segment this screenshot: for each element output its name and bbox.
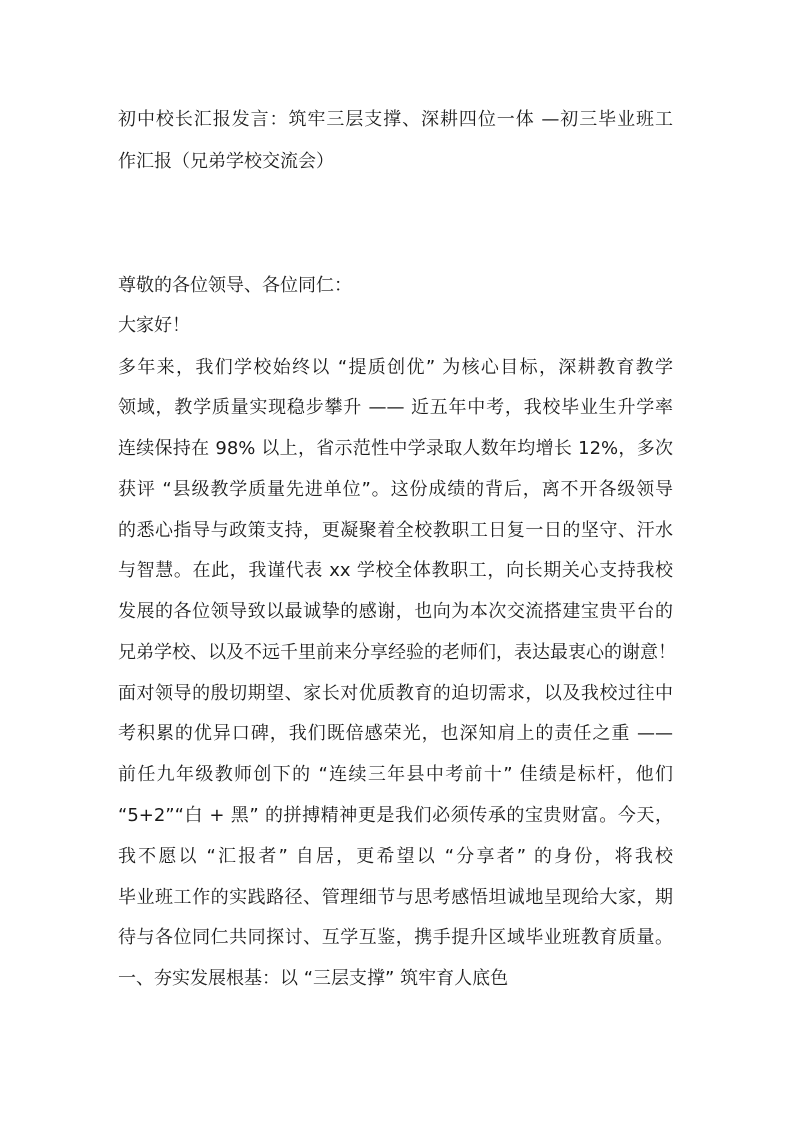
body-line: 领域，教学质量实现稳步攀升 —— 近五年中考，我校毕业生升学率 — [118, 396, 673, 420]
body-line: 毕业班工作的实践路径、管理细节与思考感悟坦诚地呈现给大家，期 — [118, 886, 673, 910]
body-line: 多年来，我们学校始终以 “提质创优” 为核心目标，深耕教育教学 — [118, 356, 673, 380]
body-line: 与智慧。在此，我谨代表 xx 学校全体教职工，向长期关心支持我校 — [118, 559, 673, 583]
body-line: 前任九年级教师创下的 “连续三年县中考前十” 佳绩是标杆，他们 — [118, 763, 673, 787]
body-line: 的悉心指导与政策支持，更凝聚着全校教职工日复一日的坚守、汗水 — [118, 519, 673, 543]
body-line: 考积累的优异口碑，我们既倍感荣光，也深知肩上的责任之重 —— — [118, 722, 673, 746]
body-line: 连续保持在 98% 以上，省示范性中学录取人数年均增长 12%，多次 — [118, 437, 673, 461]
body-line: 获评 “县级教学质量先进单位”。这份成绩的背后，离不开各级领导 — [118, 478, 673, 502]
greeting: 大家好！ — [118, 314, 673, 338]
body-line: 我不愿以 “汇报者” 自居，更希望以 “分享者” 的身份，将我校 — [118, 845, 673, 869]
body-line: 待与各位同仁共同探讨、互学互鉴，携手提升区域毕业班教育质量。 — [118, 926, 673, 950]
document-title-line-2: 作汇报（兄弟学校交流会） — [118, 150, 673, 174]
body-line: “5+2”“白 + 黑” 的拼搏精神更是我们必须传承的宝贵财富。今天， — [118, 804, 673, 828]
body-line: 兄弟学校、以及不远千里前来分享经验的老师们，表达最衷心的谢意！ — [118, 641, 673, 665]
document-title-line-1: 初中校长汇报发言：筑牢三层支撑、深耕四位一体 —初三毕业班工 — [118, 108, 673, 132]
section-heading-1: 一、夯实发展根基：以 “三层支撑” 筑牢育人底色 — [118, 967, 673, 991]
body-line: 发展的各位领导致以最诚挚的感谢，也向为本次交流搭建宝贵平台的 — [118, 600, 673, 624]
salutation: 尊敬的各位领导、各位同仁： — [118, 274, 673, 298]
body-line: 面对领导的殷切期望、家长对优质教育的迫切需求，以及我校过往中 — [118, 682, 673, 706]
